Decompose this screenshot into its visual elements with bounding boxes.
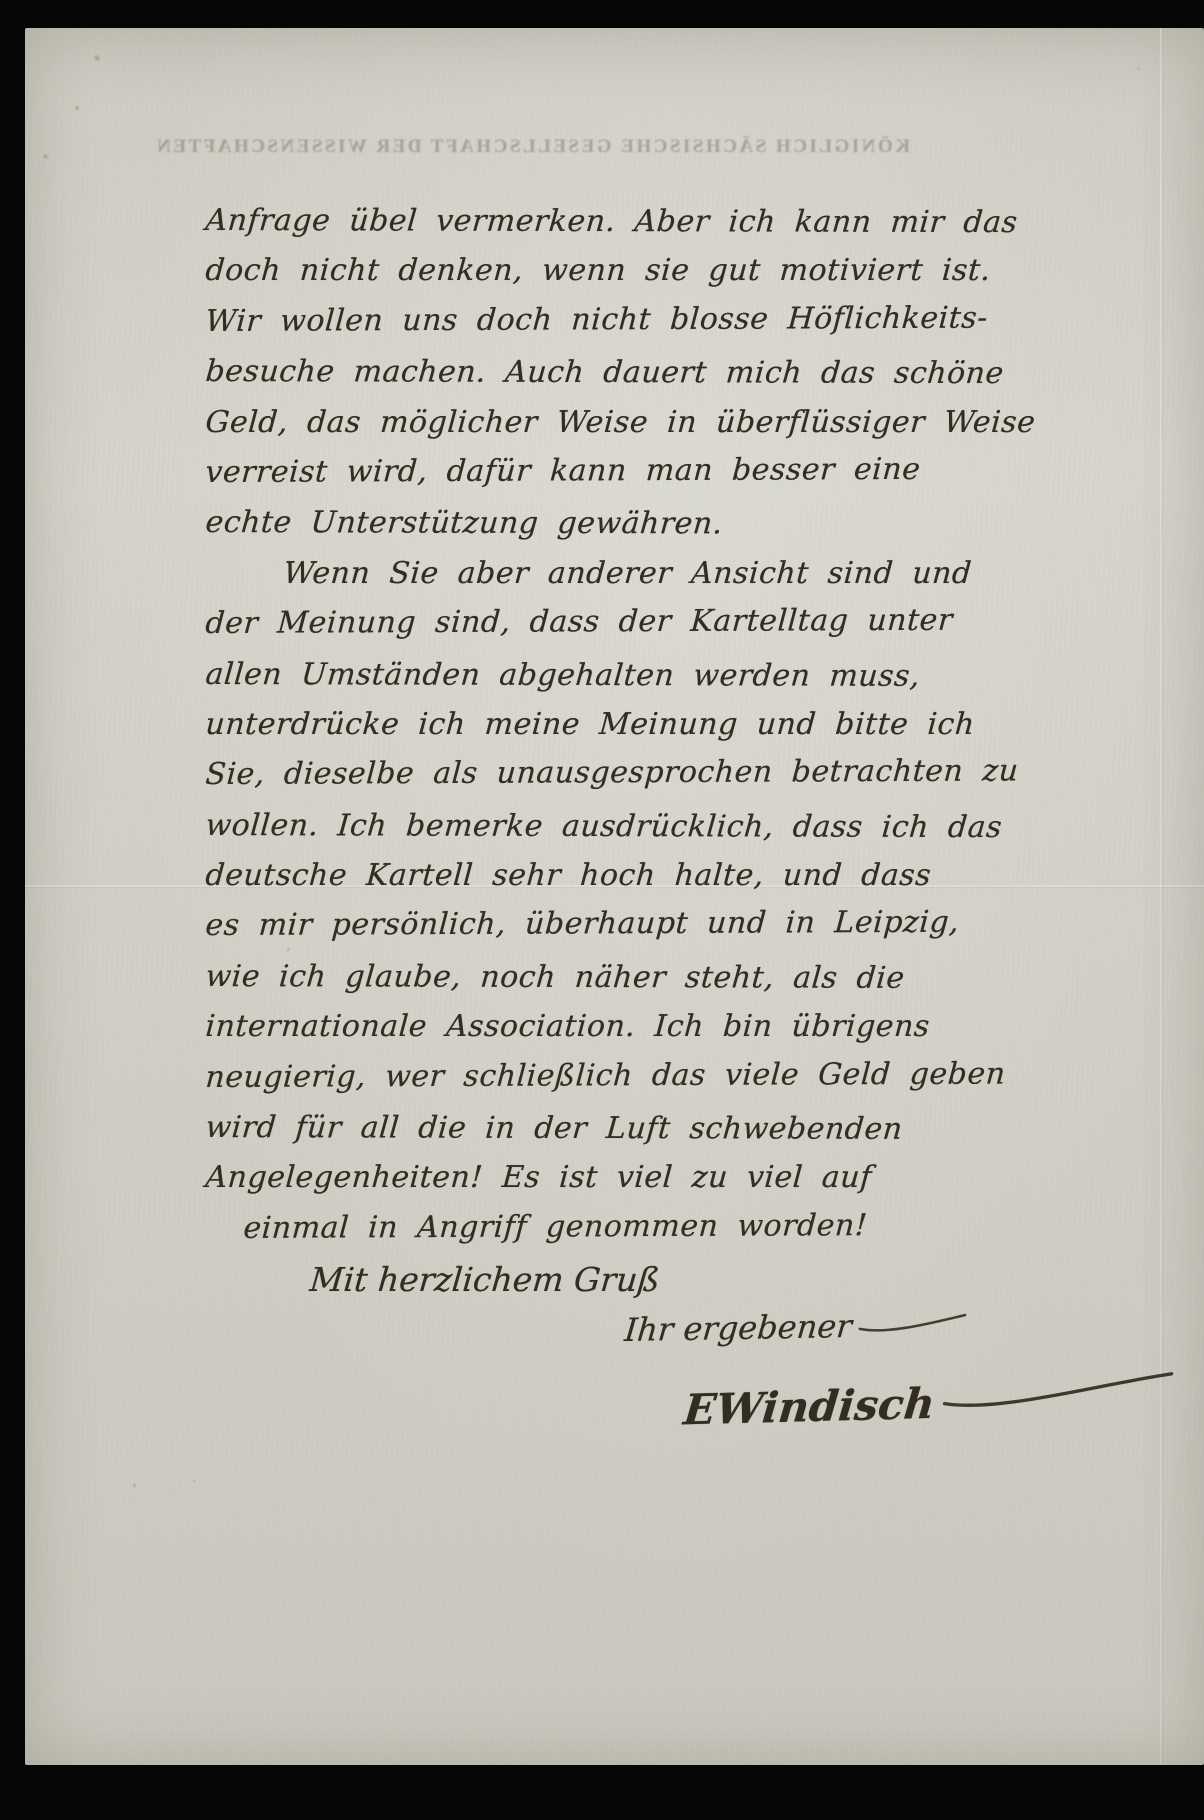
vertical-fold-crease [1160, 28, 1162, 1765]
handwriting-line: wie ich glaube, noch näher steht, als di… [203, 959, 1107, 1012]
foxing-spot [192, 1479, 196, 1483]
handwriting-line: echte Unterstützung gewähren. [203, 505, 1107, 558]
photo-background: KÖNIGLICH SÄCHSISCHE GESELLSCHAFT DER WI… [0, 0, 1204, 1820]
handwriting-line: deutsche Kartell sehr hoch halte, und da… [203, 858, 1107, 908]
valediction-text: Ihr ergebener [623, 1307, 853, 1349]
handwriting-line: einmal in Angriff genommen worden! [203, 1207, 1107, 1261]
handwriting-line: verreist wird, dafür kann man besser ein… [203, 451, 1107, 505]
handwriting-line: Wir wollen uns doch nicht blosse Höflich… [203, 300, 1107, 354]
handwriting-line: allen Umständen abgehalten werden muss, [203, 657, 1107, 710]
foxing-spot [74, 105, 80, 111]
foxing-spot [93, 54, 101, 62]
handwriting-line: Anfrage übel vermerken. Aber ich kann mi… [203, 203, 1107, 256]
handwriting-line: unterdrücke ich meine Meinung und bitte … [203, 707, 1107, 757]
handwriting-line: wird für all die in der Luft schwebenden [203, 1110, 1107, 1163]
handwriting-line: Angelegenheiten! Es ist viel zu viel auf [203, 1160, 1107, 1210]
closing-line: Mit herzlichem Gruß [308, 1260, 661, 1299]
letterhead-bleedthrough: KÖNIGLICH SÄCHSISCHE GESELLSCHAFT DER WI… [190, 136, 910, 158]
handwriting-line: Sie, dieselbe als unausgesprochen betrac… [203, 753, 1107, 807]
signature: EWindisch [681, 1364, 1179, 1435]
valediction-line: Ihr ergebener [623, 1305, 970, 1349]
handwriting-line: wollen. Ich bemerke ausdrücklich, dass i… [203, 808, 1107, 861]
handwriting-line: neugierig, wer schließlich das viele Gel… [203, 1056, 1107, 1110]
foxing-spot [132, 1483, 137, 1488]
signature-flourish [939, 1364, 1179, 1418]
signature-name: EWindisch [681, 1379, 936, 1435]
handwriting-line: es mir persönlich, überhaupt und in Leip… [203, 905, 1107, 959]
foxing-spot [1136, 66, 1141, 71]
foxing-spot [42, 153, 49, 160]
handwriting-line: doch nicht denken, wenn sie gut motivier… [203, 253, 1107, 303]
handwriting-line: Wenn Sie aber anderer Ansicht sind und [203, 556, 1107, 606]
letter-body: Anfrage übel vermerken. Aber ich kann mi… [205, 203, 1105, 1261]
letter-page: KÖNIGLICH SÄCHSISCHE GESELLSCHAFT DER WI… [25, 28, 1204, 1765]
handwriting-line: besuche machen. Auch dauert mich das sch… [203, 354, 1107, 407]
handwriting-line: internationale Association. Ich bin übri… [203, 1009, 1107, 1059]
handwriting-line: Geld, das möglicher Weise in überflüssig… [203, 405, 1107, 455]
valediction-flourish [857, 1309, 969, 1337]
handwriting-line: der Meinung sind, dass der Kartelltag un… [203, 602, 1107, 656]
